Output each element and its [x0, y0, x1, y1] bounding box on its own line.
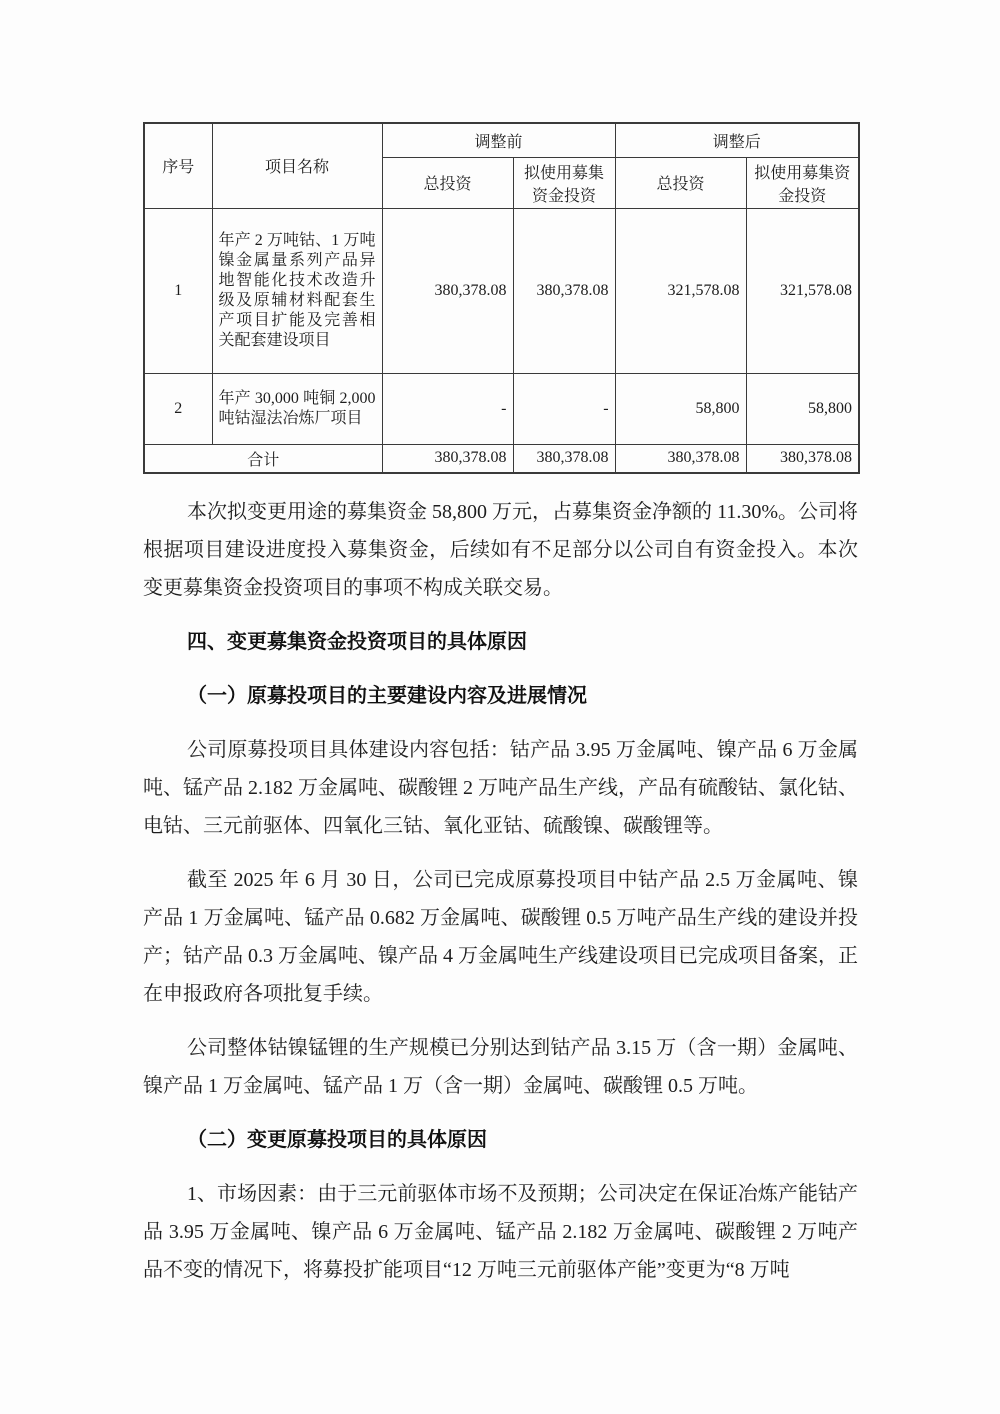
cell-before-total: - — [382, 373, 513, 444]
header-index: 序号 — [144, 123, 212, 208]
total-after-total: 380,378.08 — [615, 444, 746, 473]
cell-project-name: 年产 2 万吨钴、1 万吨镍金属量系列产品异地智能化技术改造升级及原辅材料配套生… — [212, 208, 382, 373]
header-project-name: 项目名称 — [212, 123, 382, 208]
cell-after-raised: 58,800 — [746, 373, 859, 444]
header-before-raised: 拟使用募集资金投资 — [513, 157, 615, 208]
table-row: 2 年产 30,000 吨铜 2,000 吨钴湿法冶炼厂项目 - - 58,80… — [144, 373, 859, 444]
cell-index: 1 — [144, 208, 212, 373]
subsection-heading-1: （一）原募投项目的主要建设内容及进展情况 — [143, 677, 858, 715]
cell-after-raised: 321,578.08 — [746, 208, 859, 373]
cell-after-total: 321,578.08 — [615, 208, 746, 373]
document-content: 序号 项目名称 调整前 调整后 总投资 拟使用募集资金投资 总投资 拟使用募集资… — [143, 122, 858, 1289]
document-page: 序号 项目名称 调整前 调整后 总投资 拟使用募集资金投资 总投资 拟使用募集资… — [0, 0, 1000, 1414]
cell-after-total: 58,800 — [615, 373, 746, 444]
total-before-raised: 380,378.08 — [513, 444, 615, 473]
paragraph-progress: 截至 2025 年 6 月 30 日，公司已完成原募投项目中钴产品 2.5 万金… — [143, 861, 858, 1013]
header-before-total: 总投资 — [382, 157, 513, 208]
cell-project-name: 年产 30,000 吨铜 2,000 吨钴湿法冶炼厂项目 — [212, 373, 382, 444]
cell-before-raised: - — [513, 373, 615, 444]
paragraph-market-factor: 1、市场因素：由于三元前驱体市场不及预期；公司决定在保证冶炼产能钴产品 3.95… — [143, 1175, 858, 1289]
table-total-row: 合计 380,378.08 380,378.08 380,378.08 380,… — [144, 444, 859, 473]
paragraph-original-content: 公司原募投项目具体建设内容包括：钴产品 3.95 万金属吨、镍产品 6 万金属吨… — [143, 731, 858, 845]
paragraph-production-scale: 公司整体钴镍锰锂的生产规模已分别达到钴产品 3.15 万（含一期）金属吨、镍产品… — [143, 1029, 858, 1105]
cell-index: 2 — [144, 373, 212, 444]
table-header-row-groups: 序号 项目名称 调整前 调整后 — [144, 123, 859, 157]
cell-before-raised: 380,378.08 — [513, 208, 615, 373]
header-group-before: 调整前 — [382, 123, 615, 157]
subsection-heading-2: （二）变更原募投项目的具体原因 — [143, 1121, 858, 1159]
section-heading-4: 四、变更募集资金投资项目的具体原因 — [143, 623, 858, 661]
total-label: 合计 — [144, 444, 382, 473]
paragraph-change-summary: 本次拟变更用途的募集资金 58,800 万元，占募集资金净额的 11.30%。公… — [143, 493, 858, 607]
cell-before-total: 380,378.08 — [382, 208, 513, 373]
total-before-total: 380,378.08 — [382, 444, 513, 473]
header-group-after: 调整后 — [615, 123, 859, 157]
table-row: 1 年产 2 万吨钴、1 万吨镍金属量系列产品异地智能化技术改造升级及原辅材料配… — [144, 208, 859, 373]
total-after-raised: 380,378.08 — [746, 444, 859, 473]
header-after-total: 总投资 — [615, 157, 746, 208]
fund-adjustment-table: 序号 项目名称 调整前 调整后 总投资 拟使用募集资金投资 总投资 拟使用募集资… — [143, 122, 860, 474]
header-after-raised: 拟使用募集资金投资 — [746, 157, 859, 208]
